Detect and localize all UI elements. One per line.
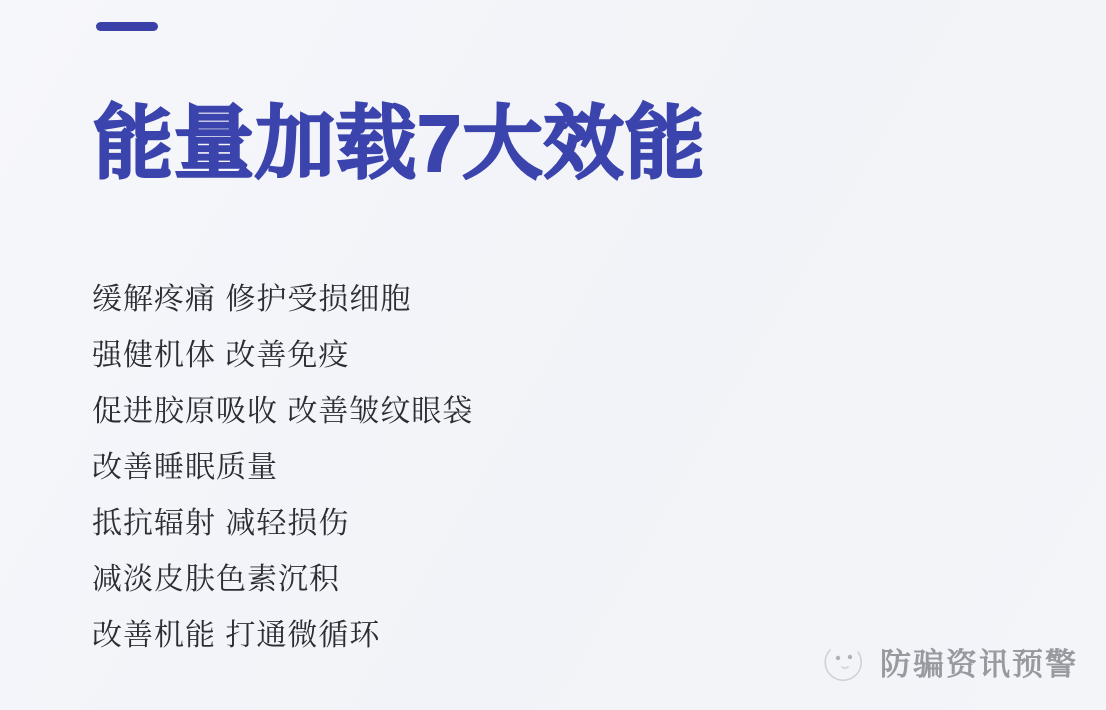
list-item: 减淡皮肤色素沉积 xyxy=(92,548,473,604)
watermark-text: 防骗资讯预警 xyxy=(880,639,1078,684)
list-item: 强健机体 改善免疫 xyxy=(92,324,473,380)
list-item: 改善睡眠质量 xyxy=(92,436,473,492)
accent-dash xyxy=(96,22,158,31)
page-title: 能量加载7大效能 xyxy=(93,96,706,192)
list-item: 改善机能 打通微循环 xyxy=(92,604,473,660)
face-logo-icon xyxy=(822,640,866,684)
watermark: 防骗资讯预警 xyxy=(822,639,1078,684)
list-item: 促进胶原吸收 改善皱纹眼袋 xyxy=(92,380,473,436)
benefits-list: 缓解疼痛 修护受损细胞 强健机体 改善免疫 促进胶原吸收 改善皱纹眼袋 改善睡眠… xyxy=(92,268,473,660)
list-item: 抵抗辐射 减轻损伤 xyxy=(92,492,473,548)
slide-background: 能量加载7大效能 缓解疼痛 修护受损细胞 强健机体 改善免疫 促进胶原吸收 改善… xyxy=(0,0,1106,710)
list-item: 缓解疼痛 修护受损细胞 xyxy=(92,268,473,324)
